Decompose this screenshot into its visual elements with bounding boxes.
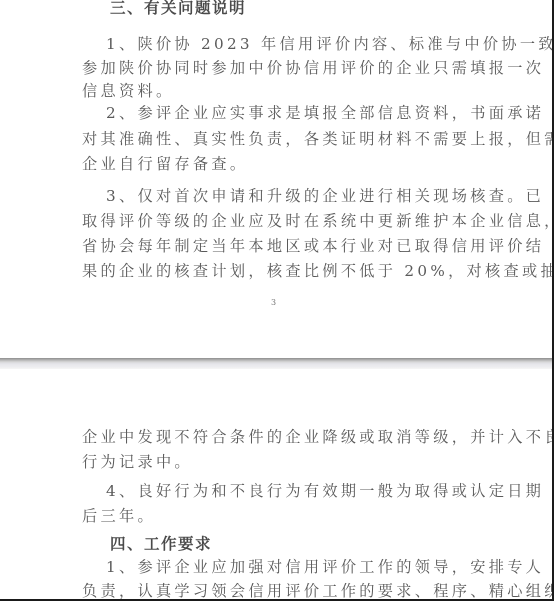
paragraph-line: 行为记录中。 (82, 452, 472, 472)
document-page-4: 企业中发现不符合条件的企业降级或取消等级，并计入不良 行为记录中。 4、良好行为… (0, 369, 552, 599)
page-number: 3 (271, 298, 276, 307)
paragraph-line: 企业中发现不符合条件的企业降级或取消等级，并计入不良 (82, 427, 472, 447)
paragraph-line: 2、参评企业应实事求是填报全部信息资料，书面承诺 (106, 103, 496, 123)
paragraph-line: 3、仅对首次申请和升级的企业进行相关现场核查。已 (106, 186, 496, 206)
paragraph-line: 对其准确性、真实性负责，各类证明材料不需要上报，但需 (82, 129, 472, 149)
paragraph-line: 省协会每年制定当年本地区或本行业对已取得信用评价结 (82, 236, 472, 256)
paragraph-line: 后三年。 (82, 506, 472, 526)
paragraph-line: 负责，认真学习领会信用评价工作的要求、程序、精心组织、 (82, 581, 472, 599)
paragraph-line: 4、良好行为和不良行为有效期一般为取得或认定日期 (106, 481, 496, 501)
paragraph-line: 参加陕价协同时参加中价协信用评价的企业只需填报一次 (82, 58, 472, 78)
page-break-separator (0, 358, 552, 369)
paragraph-line: 企业自行留存备查。 (82, 154, 472, 174)
section-heading-4: 四、工作要求 (110, 534, 212, 554)
paragraph-line: 信息资料。 (82, 81, 472, 101)
paragraph-line: 1、陕价协 2023 年信用评价内容、标准与中价协一致。 (106, 34, 496, 54)
paragraph-line: 果的企业的核查计划，核查比例不低于 20%，对核查或抽查 (82, 261, 472, 281)
paragraph-line: 取得评价等级的企业应及时在系统中更新维护本企业信息， (82, 211, 472, 231)
document-page-3: 三、有关问题说明 1、陕价协 2023 年信用评价内容、标准与中价协一致。 参加… (0, 0, 552, 358)
paragraph-line: 1、参评企业应加强对信用评价工作的领导，安排专人 (106, 557, 496, 577)
section-heading-3: 三、有关问题说明 (110, 0, 246, 18)
